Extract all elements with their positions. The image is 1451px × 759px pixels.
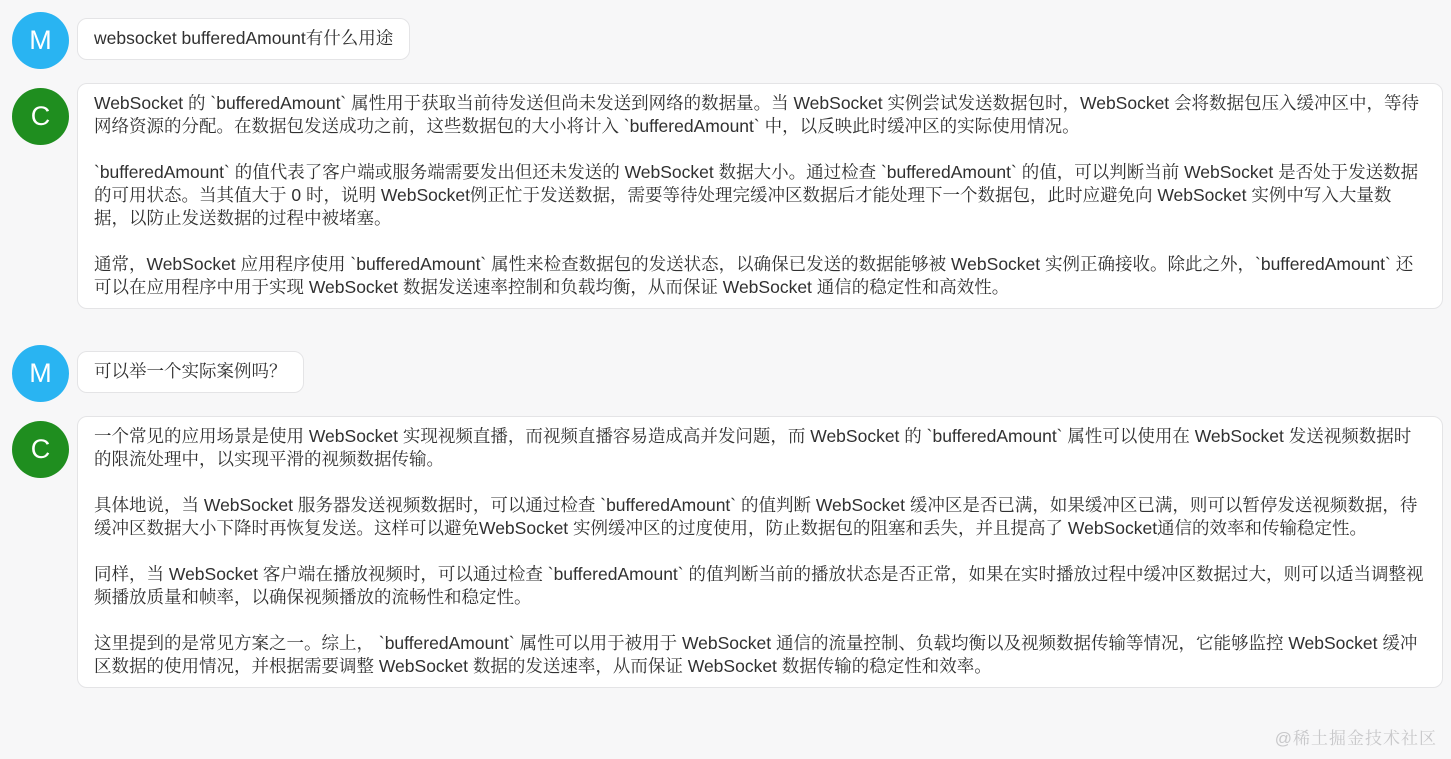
user-avatar: M [12,345,69,402]
message-row-user-1: M websocket bufferedAmount有什么用途 [12,12,1443,69]
message-paragraph: 通常，WebSocket 应用程序使用 `bufferedAmount` 属性来… [94,253,1426,299]
message-row-assistant-1: C WebSocket 的 `bufferedAmount` 属性用于获取当前待… [12,83,1443,309]
user-message-bubble: 可以举一个实际案例吗？ [77,351,304,393]
message-row-user-2: M 可以举一个实际案例吗？ [12,345,1443,402]
user-message-bubble: websocket bufferedAmount有什么用途 [77,18,410,60]
message-paragraph: `bufferedAmount` 的值代表了客户端或服务端需要发出但还未发送的 … [94,161,1426,230]
assistant-avatar: C [12,421,69,478]
message-paragraph: WebSocket 的 `bufferedAmount` 属性用于获取当前待发送… [94,92,1426,138]
watermark: @稀土掘金技术社区 [1275,724,1437,749]
chat-log: M websocket bufferedAmount有什么用途 C WebSoc… [0,0,1451,759]
message-paragraph: 同样，当 WebSocket 客户端在播放视频时，可以通过检查 `buffere… [94,563,1426,609]
assistant-message-bubble: WebSocket 的 `bufferedAmount` 属性用于获取当前待发送… [77,83,1443,309]
assistant-message-bubble: 一个常见的应用场景是使用 WebSocket 实现视频直播，而视频直播容易造成高… [77,416,1443,688]
user-avatar: M [12,12,69,69]
message-paragraph: 具体地说，当 WebSocket 服务器发送视频数据时，可以通过检查 `buff… [94,494,1426,540]
message-row-assistant-2: C 一个常见的应用场景是使用 WebSocket 实现视频直播，而视频直播容易造… [12,416,1443,688]
message-paragraph: 这里提到的是常见方案之一。综上， `bufferedAmount` 属性可以用于… [94,632,1426,678]
assistant-avatar: C [12,88,69,145]
message-paragraph: 一个常见的应用场景是使用 WebSocket 实现视频直播，而视频直播容易造成高… [94,425,1426,471]
